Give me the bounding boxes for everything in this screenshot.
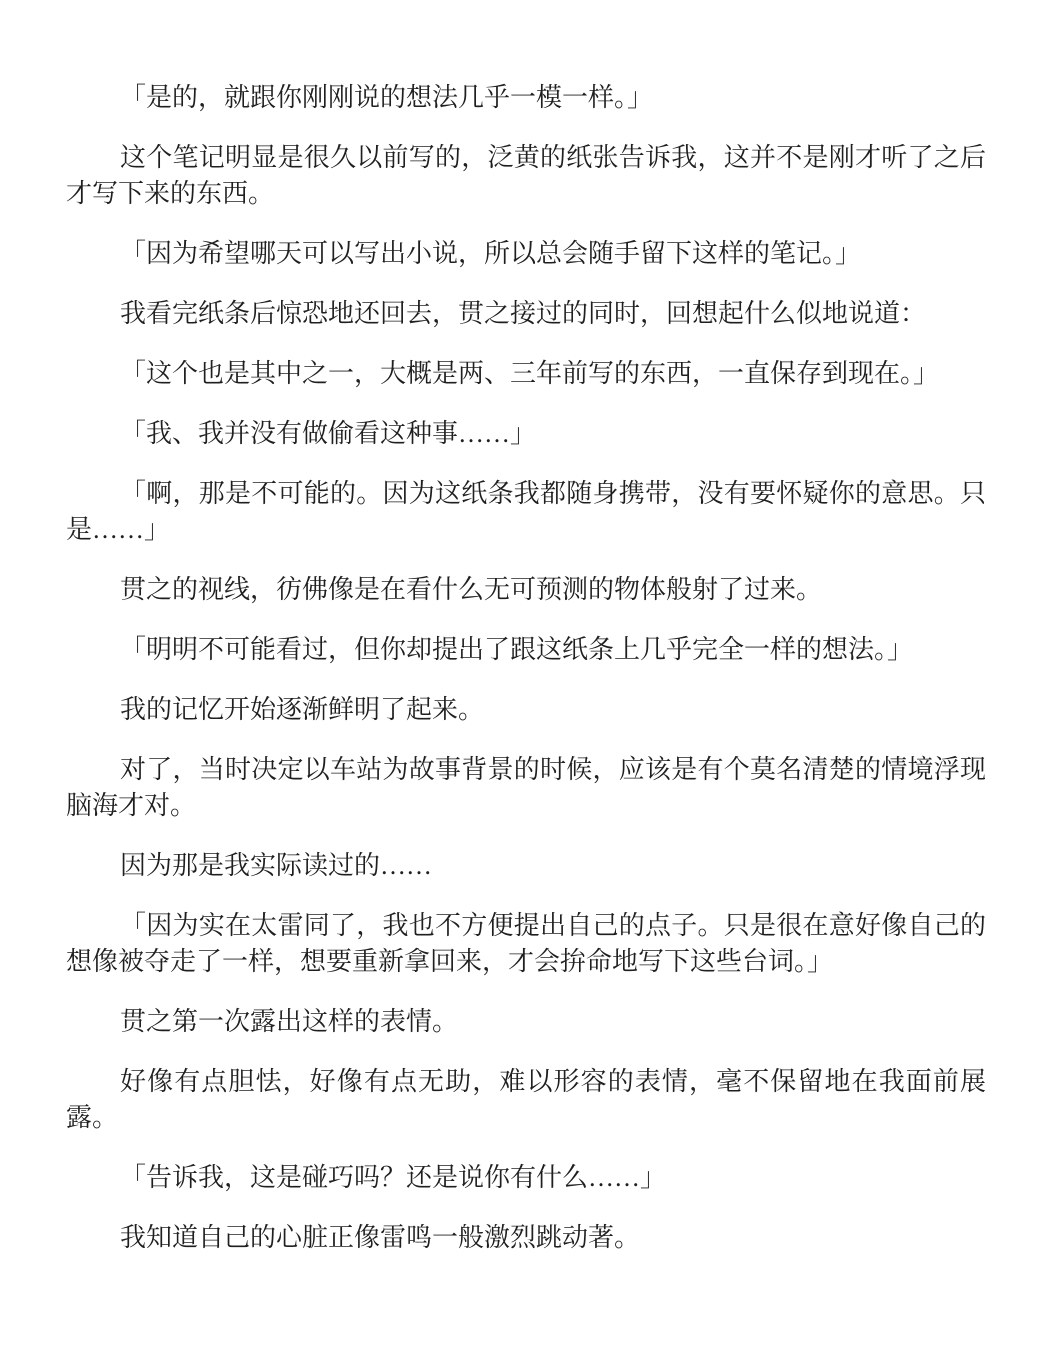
paragraph-dialogue: 「告诉我，这是碰巧吗？还是说你有什么……」 [66, 1160, 986, 1196]
novel-page: 「是的，就跟你刚刚说的想法几乎一模一样。」 这个笔记明显是很久以前写的，泛黄的纸… [0, 0, 1046, 1354]
paragraph-dialogue: 「啊，那是不可能的。因为这纸条我都随身携带，没有要怀疑你的意思。只是……」 [66, 476, 986, 548]
paragraph-narration: 好像有点胆怯，好像有点无助，难以形容的表情，毫不保留地在我面前展露。 [66, 1064, 986, 1136]
paragraph-narration: 我知道自己的心脏正像雷鸣一般激烈跳动著。 [66, 1220, 986, 1256]
paragraph-dialogue: 「因为实在太雷同了，我也不方便提出自己的点子。只是很在意好像自己的想像被夺走了一… [66, 908, 986, 980]
paragraph-narration: 我的记忆开始逐渐鲜明了起来。 [66, 692, 986, 728]
paragraph-dialogue: 「明明不可能看过，但你却提出了跟这纸条上几乎完全一样的想法。」 [66, 632, 986, 668]
paragraph-dialogue: 「因为希望哪天可以写出小说，所以总会随手留下这样的笔记。」 [66, 236, 986, 272]
paragraph-narration: 贯之的视线，彷佛像是在看什么无可预测的物体般射了过来。 [66, 572, 986, 608]
paragraph-dialogue: 「我、我并没有做偷看这种事……」 [66, 416, 986, 452]
paragraph-narration: 我看完纸条后惊恐地还回去，贯之接过的同时，回想起什么似地说道： [66, 296, 986, 332]
paragraph-dialogue: 「这个也是其中之一，大概是两、三年前写的东西，一直保存到现在。」 [66, 356, 986, 392]
paragraph-narration: 贯之第一次露出这样的表情。 [66, 1004, 986, 1040]
paragraph-narration: 因为那是我实际读过的…… [66, 848, 986, 884]
paragraph-dialogue: 「是的，就跟你刚刚说的想法几乎一模一样。」 [66, 80, 986, 116]
paragraph-narration: 对了，当时决定以车站为故事背景的时候，应该是有个莫名清楚的情境浮现脑海才对。 [66, 752, 986, 824]
paragraph-narration: 这个笔记明显是很久以前写的，泛黄的纸张告诉我，这并不是刚才听了之后才写下来的东西… [66, 140, 986, 212]
